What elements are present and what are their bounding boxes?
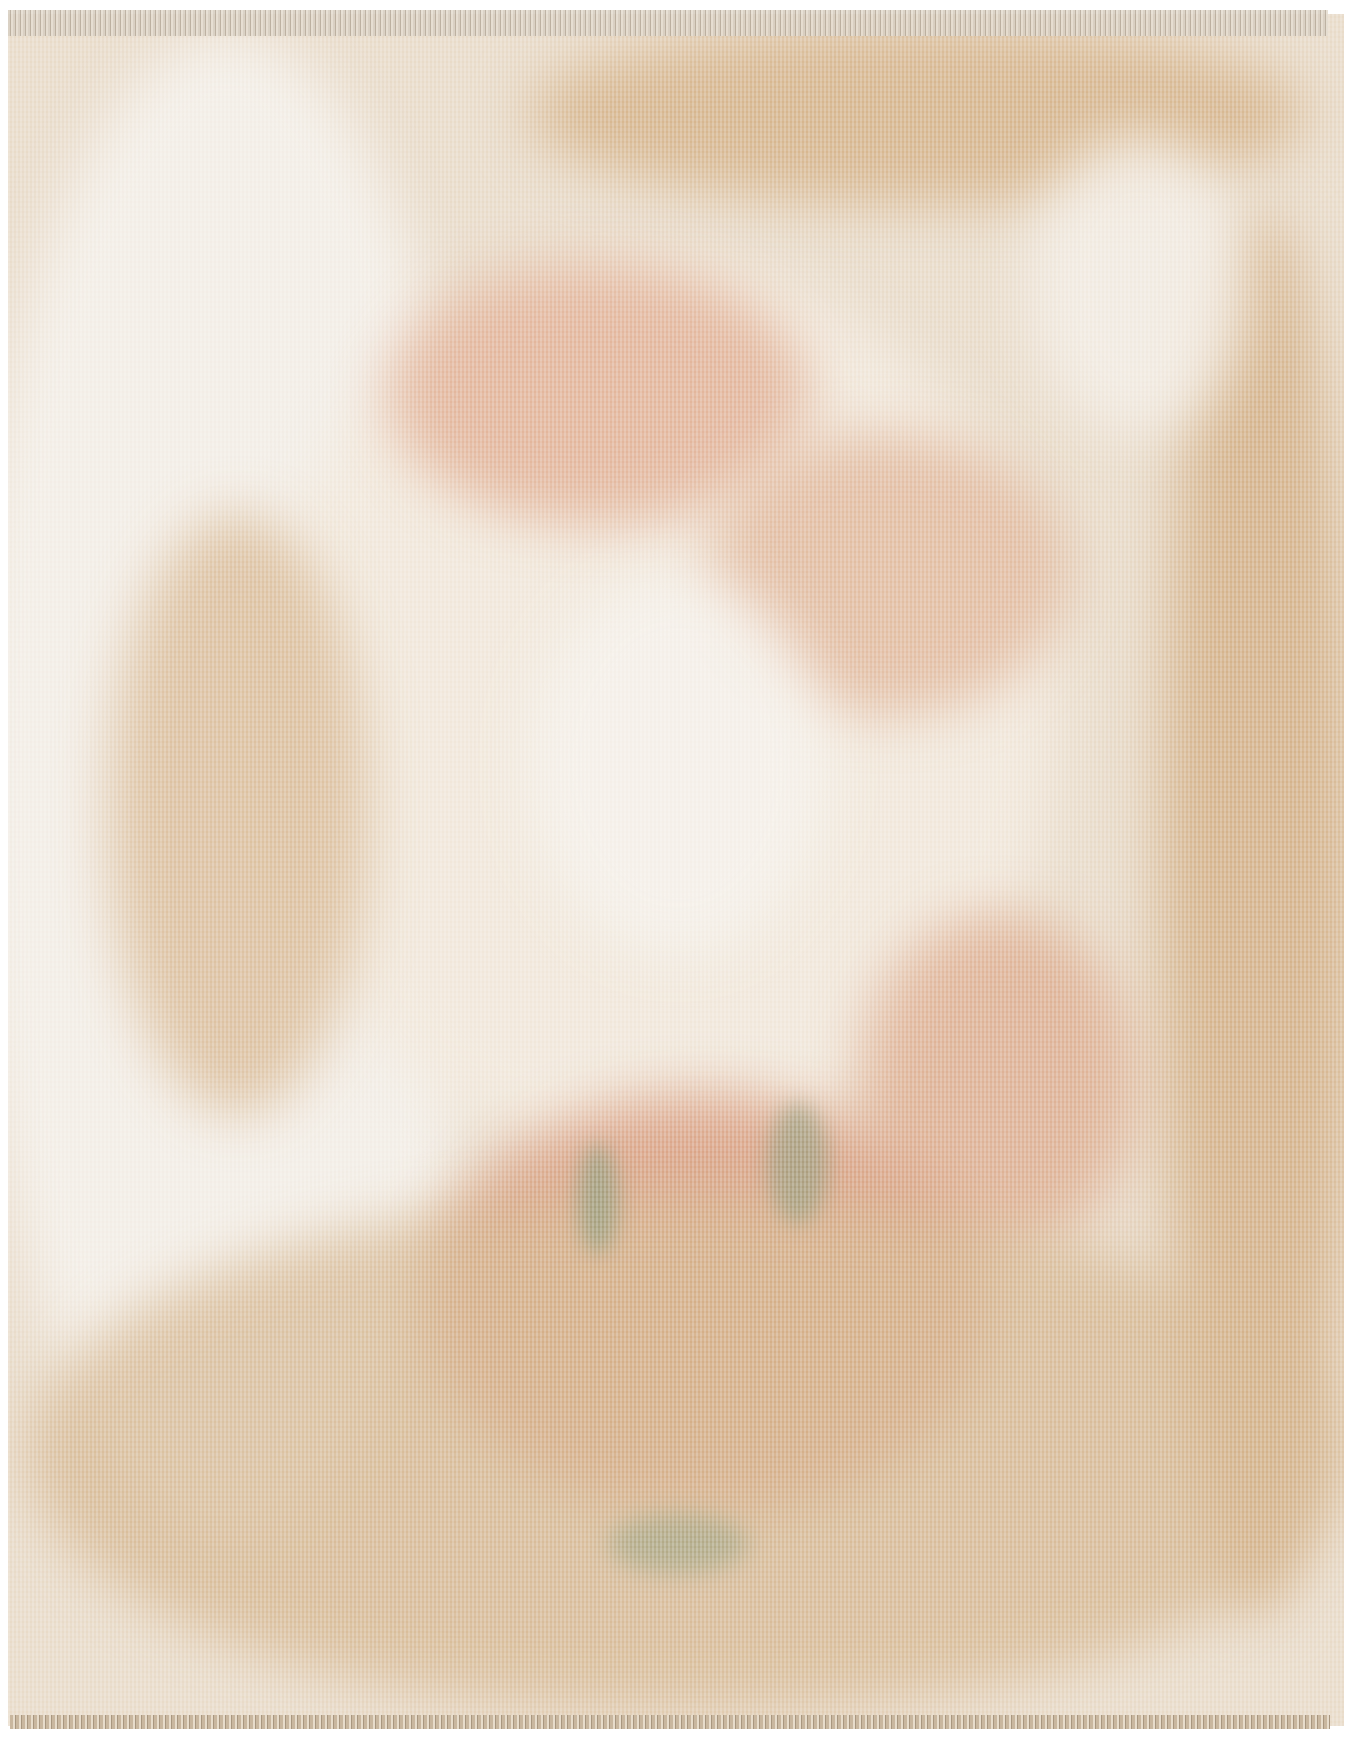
left-field — [108, 514, 368, 1114]
top-fringe — [8, 10, 1328, 36]
terracotta-patch — [388, 264, 808, 524]
worn-highlight — [1028, 134, 1248, 434]
bottom-binding — [10, 1715, 1330, 1729]
sage-accent — [768, 1104, 828, 1224]
sage-accent — [578, 1144, 618, 1254]
worn-highlight — [528, 574, 828, 954]
bottom-border — [28, 1194, 1344, 1714]
rug — [8, 14, 1344, 1726]
sage-accent — [608, 1514, 748, 1574]
